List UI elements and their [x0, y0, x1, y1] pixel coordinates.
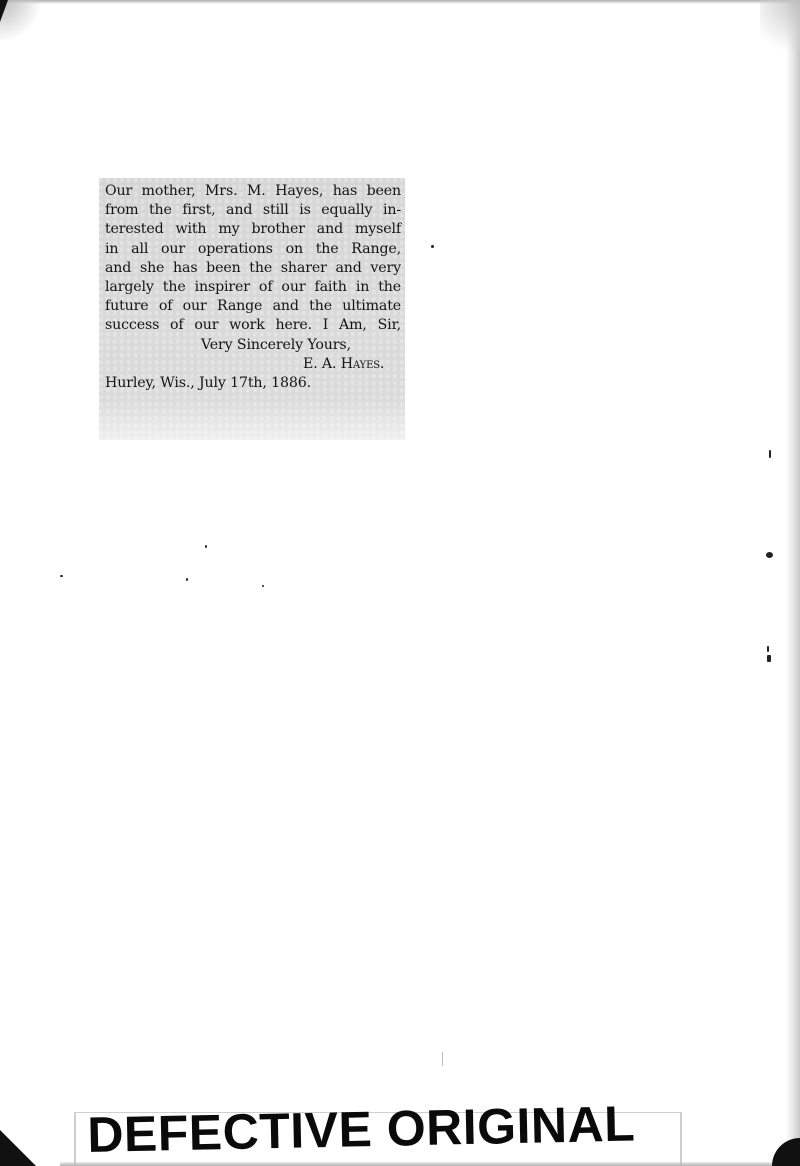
clipping-line: success of our work here. I Am, Sir,	[105, 316, 401, 335]
clipping-text: Our mother, Mrs. M. Hayes, has been from…	[105, 182, 401, 393]
letter-closing: Very Sincerely Yours,	[105, 336, 401, 355]
scan-speck	[769, 450, 771, 458]
scan-speck	[186, 578, 188, 581]
page-edge-bottom	[60, 1162, 800, 1166]
corner-mark-bottom-right	[772, 1138, 800, 1166]
clipping-line: future of our Range and the ultimate	[105, 297, 401, 316]
newspaper-clipping: Our mother, Mrs. M. Hayes, has been from…	[99, 178, 405, 440]
scan-speck	[767, 646, 769, 652]
clipping-line: in all our operations on the Range,	[105, 240, 401, 259]
clipping-line: terested with my brother and myself	[105, 220, 401, 239]
scan-speck	[431, 245, 434, 248]
letter-dateline: Hurley, Wis., July 17th, 1886.	[105, 374, 401, 393]
scan-speck	[205, 545, 207, 548]
clipping-line: largely the inspirer of our faith in the	[105, 278, 401, 297]
letter-signature: E. A. Hayes.	[105, 355, 401, 374]
corner-mark-bottom-left	[0, 1130, 36, 1166]
scan-speck	[442, 1052, 443, 1066]
corner-mark-top-left	[0, 0, 8, 22]
page-edge-top	[0, 0, 800, 4]
scan-speck	[767, 655, 771, 662]
clipping-line: Our mother, Mrs. M. Hayes, has been	[105, 182, 401, 201]
clipping-line: from the first, and still is equally in-	[105, 201, 401, 220]
page-edge-right	[786, 0, 800, 1166]
corner-shadow-top-right	[760, 0, 800, 60]
scan-speck	[262, 585, 264, 587]
defective-original-stamp: DEFECTIVE ORIGINAL	[87, 1092, 668, 1166]
scan-speck	[60, 575, 63, 577]
clipping-line: and she has been the sharer and very	[105, 259, 401, 278]
scan-speck	[766, 552, 773, 558]
